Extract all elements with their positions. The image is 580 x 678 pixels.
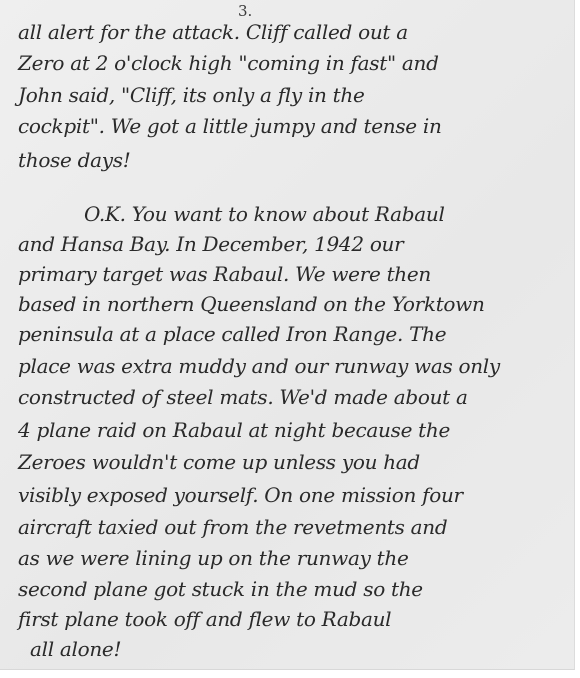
text-line: based in northern Queensland on the York… xyxy=(18,292,485,316)
text-line: visibly exposed yourself. On one mission… xyxy=(18,483,463,507)
text-line: Zeroes wouldn't come up unless you had xyxy=(18,450,420,474)
text-line: aircraft taxied out from the revetments … xyxy=(18,515,447,539)
text-line: Zero at 2 o'clock high "coming in fast" … xyxy=(18,51,439,75)
page-number: 3. xyxy=(238,2,252,20)
text-line: those days! xyxy=(18,148,130,172)
text-line: as we were lining up on the runway the xyxy=(18,546,409,570)
text-line: cockpit". We got a little jumpy and tens… xyxy=(18,114,442,138)
text-line: all alone! xyxy=(30,637,121,661)
text-line: and Hansa Bay. In December, 1942 our xyxy=(18,232,403,256)
text-line: all alert for the attack. Cliff called o… xyxy=(18,20,408,44)
text-line: constructed of steel mats. We'd made abo… xyxy=(18,385,468,409)
text-line: John said, "Cliff, its only a fly in the xyxy=(18,83,365,107)
paragraph-start-line: O.K. You want to know about Rabaul xyxy=(84,202,445,226)
text-line: peninsula at a place called Iron Range. … xyxy=(18,322,446,346)
handwritten-letter-page: 3. all alert for the attack. Cliff calle… xyxy=(0,0,575,670)
text-line: second plane got stuck in the mud so the xyxy=(18,577,423,601)
text-line: 4 plane raid on Rabaul at night because … xyxy=(18,418,450,442)
text-line: first plane took off and flew to Rabaul xyxy=(18,607,391,631)
text-line: place was extra muddy and our runway was… xyxy=(18,354,500,378)
text-line: primary target was Rabaul. We were then xyxy=(18,262,431,286)
